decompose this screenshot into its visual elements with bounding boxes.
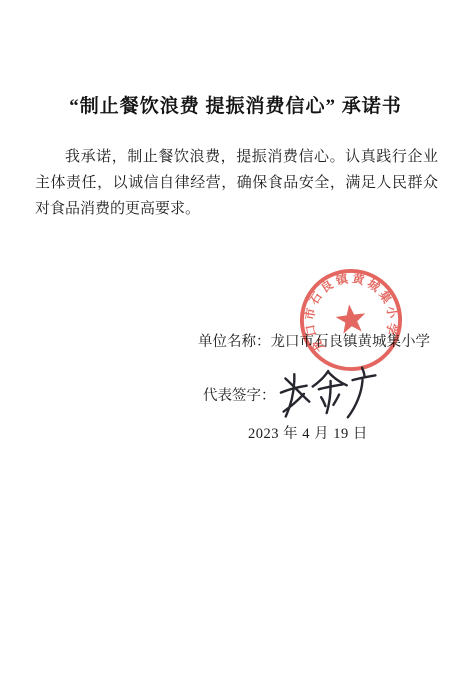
document-title: “制止餐饮浪费 提振消费信心” 承诺书 [0, 91, 471, 118]
unit-name-line: 单位名称：龙口市石良镇黄城集小学 [198, 330, 430, 351]
signature-label: 代表签字： [203, 388, 276, 404]
signature-line: 代表签字： [203, 384, 276, 405]
official-seal-stamp: 龙口市石良镇黄城集小学 [291, 260, 411, 380]
representative-signature-handwriting [276, 363, 380, 425]
unit-name-value: 龙口市石良镇黄城集小学 [271, 334, 431, 350]
date-line: 2023 年 4 月 19 日 [248, 422, 368, 443]
body-paragraph: 我承诺，制止餐饮浪费，提振消费信心。认真践行企业主体责任，以诚信自律经营，确保食… [35, 144, 438, 222]
seal-ring [296, 265, 405, 374]
signature-strokes [280, 367, 377, 419]
commitment-letter-page: “制止餐饮浪费 提振消费信心” 承诺书 我承诺，制止餐饮浪费，提振消费信心。认真… [0, 0, 471, 681]
unit-name-label: 单位名称： [198, 334, 271, 350]
